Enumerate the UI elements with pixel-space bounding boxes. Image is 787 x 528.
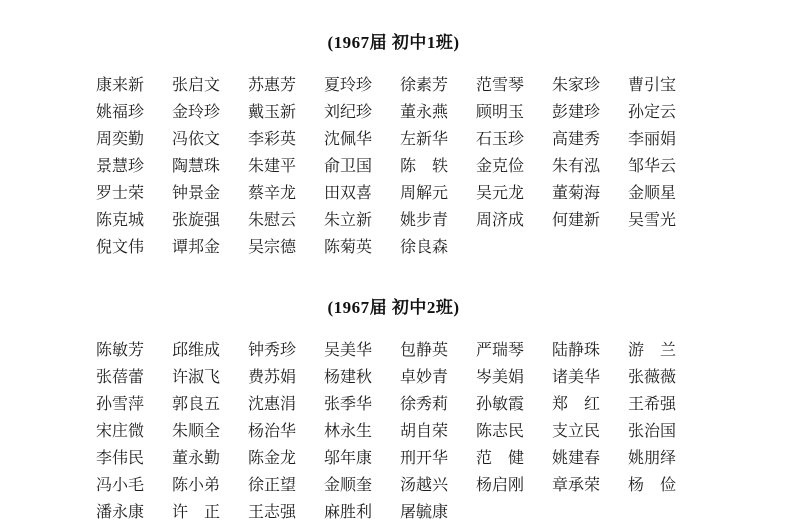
student-name: 支立民 xyxy=(552,423,628,441)
student-name: 李伟民 xyxy=(96,450,172,468)
student-name: 钟景金 xyxy=(172,185,248,203)
student-name: 董永勤 xyxy=(172,450,248,468)
empty-cell xyxy=(476,504,552,522)
student-name: 许 正 xyxy=(172,504,248,522)
student-name: 董菊海 xyxy=(552,185,628,203)
student-name: 张旋强 xyxy=(172,212,248,230)
student-name: 董永燕 xyxy=(400,104,476,122)
student-name: 彭建珍 xyxy=(552,104,628,122)
student-name: 许淑飞 xyxy=(172,369,248,387)
empty-cell xyxy=(476,239,552,257)
student-name: 陈 轶 xyxy=(400,158,476,176)
student-name: 王希强 xyxy=(628,396,704,414)
student-name: 严瑞琴 xyxy=(476,342,552,360)
student-name: 冯依文 xyxy=(172,131,248,149)
student-name: 包静英 xyxy=(400,342,476,360)
student-name: 姚步青 xyxy=(400,212,476,230)
student-name: 倪文伟 xyxy=(96,239,172,257)
student-name: 张薇薇 xyxy=(628,369,704,387)
student-name: 罗士荣 xyxy=(96,185,172,203)
student-name: 刑开华 xyxy=(400,450,476,468)
student-name: 诸美华 xyxy=(552,369,628,387)
student-name: 顾明玉 xyxy=(476,104,552,122)
student-name: 章承荣 xyxy=(552,477,628,495)
student-name: 谭邦金 xyxy=(172,239,248,257)
student-name: 朱有泓 xyxy=(552,158,628,176)
class-roster-document: (1967届 初中1班)康来新张启文苏惠芳夏玲珍徐素芳范雪琴朱家珍曹引宝姚福珍金… xyxy=(0,0,787,528)
student-name: 邹华云 xyxy=(628,158,704,176)
student-name: 徐素芳 xyxy=(400,77,476,95)
student-name: 汤越兴 xyxy=(400,477,476,495)
student-name: 张启文 xyxy=(172,77,248,95)
student-name: 金顺星 xyxy=(628,185,704,203)
student-name: 左新华 xyxy=(400,131,476,149)
student-name: 李丽娟 xyxy=(628,131,704,149)
student-name: 宋庄微 xyxy=(96,423,172,441)
student-name: 康来新 xyxy=(96,77,172,95)
section-title: (1967届 初中1班) xyxy=(0,0,787,53)
student-name: 刘纪珍 xyxy=(324,104,400,122)
empty-cell xyxy=(628,504,704,522)
student-name: 陈克城 xyxy=(96,212,172,230)
student-name: 金克俭 xyxy=(476,158,552,176)
student-name: 游 兰 xyxy=(628,342,704,360)
student-name: 杨 俭 xyxy=(628,477,704,495)
student-name: 周解元 xyxy=(400,185,476,203)
student-name: 陈敏芳 xyxy=(96,342,172,360)
student-name: 杨治华 xyxy=(248,423,324,441)
student-name: 高建秀 xyxy=(552,131,628,149)
empty-cell xyxy=(628,239,704,257)
student-name: 朱建平 xyxy=(248,158,324,176)
student-name: 吴美华 xyxy=(324,342,400,360)
student-name: 郭良五 xyxy=(172,396,248,414)
student-name: 俞卫国 xyxy=(324,158,400,176)
student-name: 戴玉新 xyxy=(248,104,324,122)
student-name: 景慧珍 xyxy=(96,158,172,176)
student-name: 杨建秋 xyxy=(324,369,400,387)
name-grid: 陈敏芳邱维成钟秀珍吴美华包静英严瑞琴陆静珠游 兰张蓓蕾许淑飞费苏娟杨建秋卓妙青岑… xyxy=(96,342,787,522)
student-name: 林永生 xyxy=(324,423,400,441)
student-name: 陈小弟 xyxy=(172,477,248,495)
student-name: 李彩英 xyxy=(248,131,324,149)
student-name: 孙定云 xyxy=(628,104,704,122)
student-name: 钟秀珍 xyxy=(248,342,324,360)
student-name: 潘永康 xyxy=(96,504,172,522)
student-name: 张治国 xyxy=(628,423,704,441)
student-name: 岑美娟 xyxy=(476,369,552,387)
sections-container: (1967届 初中1班)康来新张启文苏惠芳夏玲珍徐素芳范雪琴朱家珍曹引宝姚福珍金… xyxy=(0,0,787,522)
student-name: 姚朋绎 xyxy=(628,450,704,468)
student-name: 陶慧珠 xyxy=(172,158,248,176)
student-name: 朱慰云 xyxy=(248,212,324,230)
student-name: 沈佩华 xyxy=(324,131,400,149)
student-name: 姚建春 xyxy=(552,450,628,468)
student-name: 陈志民 xyxy=(476,423,552,441)
student-name: 徐良森 xyxy=(400,239,476,257)
student-name: 孙雪萍 xyxy=(96,396,172,414)
student-name: 吴元龙 xyxy=(476,185,552,203)
student-name: 胡自荣 xyxy=(400,423,476,441)
student-name: 陈菊英 xyxy=(324,239,400,257)
student-name: 沈惠涓 xyxy=(248,396,324,414)
student-name: 邬年康 xyxy=(324,450,400,468)
student-name: 吴宗德 xyxy=(248,239,324,257)
student-name: 吴雪光 xyxy=(628,212,704,230)
student-name: 夏玲珍 xyxy=(324,77,400,95)
student-name: 何建新 xyxy=(552,212,628,230)
empty-cell xyxy=(552,504,628,522)
student-name: 周济成 xyxy=(476,212,552,230)
name-grid: 康来新张启文苏惠芳夏玲珍徐素芳范雪琴朱家珍曹引宝姚福珍金玲珍戴玉新刘纪珍董永燕顾… xyxy=(96,77,787,257)
student-name: 周奕勤 xyxy=(96,131,172,149)
student-name: 范 健 xyxy=(476,450,552,468)
student-name: 朱家珍 xyxy=(552,77,628,95)
student-name: 屠毓康 xyxy=(400,504,476,522)
student-name: 麻胜利 xyxy=(324,504,400,522)
student-name: 田双喜 xyxy=(324,185,400,203)
student-name: 范雪琴 xyxy=(476,77,552,95)
student-name: 曹引宝 xyxy=(628,77,704,95)
student-name: 杨启刚 xyxy=(476,477,552,495)
student-name: 姚福珍 xyxy=(96,104,172,122)
class-section: (1967届 初中2班)陈敏芳邱维成钟秀珍吴美华包静英严瑞琴陆静珠游 兰张蓓蕾许… xyxy=(0,257,787,522)
section-title: (1967届 初中2班) xyxy=(0,257,787,318)
empty-cell xyxy=(552,239,628,257)
student-name: 石玉珍 xyxy=(476,131,552,149)
student-name: 朱立新 xyxy=(324,212,400,230)
student-name: 金顺奎 xyxy=(324,477,400,495)
student-name: 张蓓蕾 xyxy=(96,369,172,387)
student-name: 陈金龙 xyxy=(248,450,324,468)
student-name: 卓妙青 xyxy=(400,369,476,387)
student-name: 张季华 xyxy=(324,396,400,414)
class-section: (1967届 初中1班)康来新张启文苏惠芳夏玲珍徐素芳范雪琴朱家珍曹引宝姚福珍金… xyxy=(0,0,787,257)
student-name: 徐正望 xyxy=(248,477,324,495)
student-name: 苏惠芳 xyxy=(248,77,324,95)
student-name: 郑 红 xyxy=(552,396,628,414)
student-name: 金玲珍 xyxy=(172,104,248,122)
student-name: 王志强 xyxy=(248,504,324,522)
student-name: 费苏娟 xyxy=(248,369,324,387)
student-name: 蔡辛龙 xyxy=(248,185,324,203)
student-name: 陆静珠 xyxy=(552,342,628,360)
student-name: 朱顺全 xyxy=(172,423,248,441)
student-name: 徐秀莉 xyxy=(400,396,476,414)
student-name: 孙敏霞 xyxy=(476,396,552,414)
student-name: 邱维成 xyxy=(172,342,248,360)
student-name: 冯小毛 xyxy=(96,477,172,495)
